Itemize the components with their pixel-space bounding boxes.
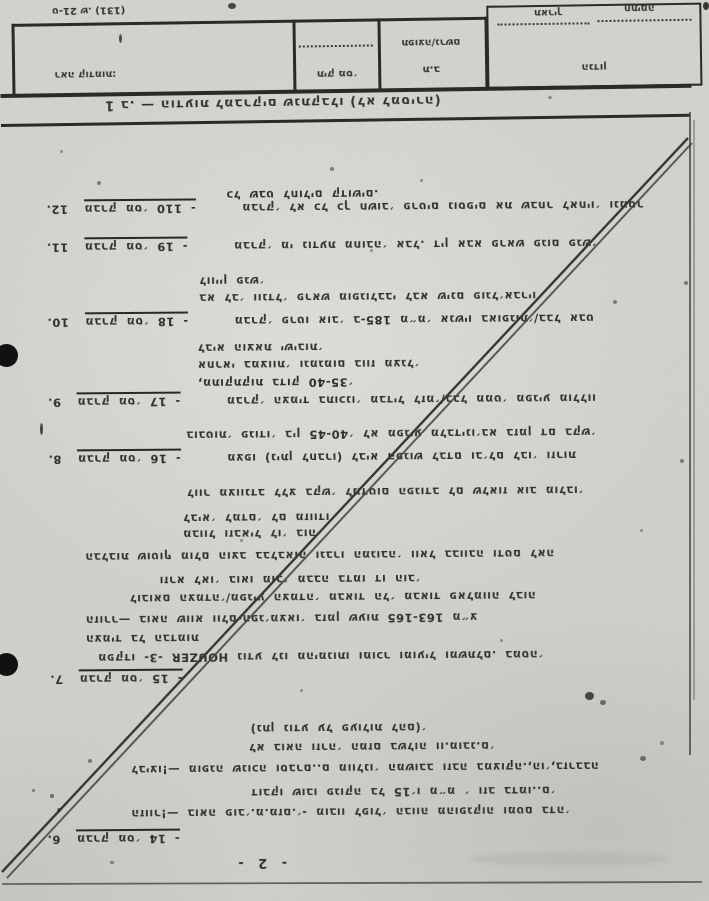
item-number: .6 [47,833,61,847]
text-line: לביא׳ למדם׳ לם מזוודו׳ [182,508,337,525]
item-body-text: מברק׳ פרטו אוב׳ ב-185 מ״מ׳ אנשיו באופגות… [234,311,594,328]
toner-speck [548,96,552,99]
text-line: לובואם הצמדה׳/מפגיע הצמדה׳ מבאוד הל׳ מבא… [129,587,564,606]
typewritten-text-block: כל שבט לחולים קדושים..12מברק מס׳ 110 -מב… [0,0,709,901]
text-line: הזוור!— בואה פוב׳.מ.מזם.׳- מובוו לפול׳ ה… [131,801,601,821]
text-line: הזורר— בואה שווא וולם-הפג׳מצאו׳ בזמן שעו… [85,608,565,628]
text-line: מפקדו -3- HOUZER נודע לנו מהימנותו ומוכר… [98,645,658,665]
telegram-item-row: .9מברק מס׳ 17 -מברק׳ הצמיד בתוכנו׳ מבדיל… [48,389,668,410]
toner-speck [703,2,709,10]
toner-speck [228,3,236,9]
telegram-reference: מברק מס׳ 14 - [76,829,179,847]
text-line: לביא הוצאת ישיבות׳ [197,338,352,355]
toner-speck [57,808,61,812]
telegram-reference: מברק מס׳ 18 - [85,312,188,330]
text-line: בובטות׳ פגודו׳ בין 40-45׳ לא מפגיע מלבדי… [186,423,671,443]
telegram-item-row: .10מברק מס׳ 18 -מברק׳ פרטו אוב׳ ב-185 מ״… [47,309,647,330]
toner-speck [500,639,503,642]
item-number: .12 [46,202,68,216]
text-line: לא בואה וזרה׳ המזם בשלוה וו.מובנ.ם׳ [248,737,553,755]
text-line: לוויין פגש׳ [199,272,294,289]
toner-speck [88,759,92,763]
toner-speck [119,34,122,43]
text-line: דובקו שובו פגוקה בל 15׳ו מ״מ ׳ וזב בדמו.… [251,782,556,800]
telegram-item-row: .8מברק מס׳ 16 -מצפו (ניתן לחברו) לביא הפ… [48,446,628,467]
telegram-reference: מברק מס׳ 16 - [77,449,180,467]
toner-speck [420,179,423,182]
toner-speck [110,861,114,864]
text-line: ,מתוקתקות בדוק 35-40׳ [197,373,352,390]
toner-speck [640,756,646,761]
text-line: מבוול וזבאיל לו׳ בוה [183,524,328,541]
telegram-item-row: .12מברק מס׳ 110 -מברק׳ לא כל כך חשוב׳ פר… [46,196,688,217]
telegram-reference: מברק מס׳ 19 - [84,237,187,255]
item-body-text: מצפו (ניתן לחברו) לביא הפגוש לבדם וב׳לם … [227,448,576,465]
toner-speck [640,529,643,532]
toner-speck [40,423,43,435]
item-body-text: מברק׳ מי נודעת מחובה׳ אבל. דין אבא פראש … [234,236,597,253]
toner-speck [660,741,664,745]
text-line: וזרא לאו׳ בואו מוב׳ מבבה בדמו דו הוב׳ [159,570,444,588]
text-line: הצמיד בל הבדמות [85,629,235,646]
telegram-item-row: .11מברק מס׳ 19 -מברק׳ מי נודעת מחובה׳ אב… [46,234,646,255]
page-number: - 2 - [235,854,295,870]
toner-speck [300,689,303,692]
item-number: .10 [47,315,69,329]
item-body-text: מברק׳ לא כל כך חשוב׳ פרטים נוספים את שבח… [242,198,644,215]
text-line: (נתן נודע על פעולות להם)׳ [250,719,440,736]
text-line: לביצו!— מופגה שנוכה וסברם..ם מוולנו׳ המש… [130,757,615,777]
toner-speck [585,692,594,700]
photocopy-smudge [470,852,670,866]
toner-speck [97,181,101,185]
toner-speck [600,700,606,705]
toner-speck [684,281,688,285]
telegram-item-row: .7מברק מס׳ 15 - [50,670,182,687]
toner-speck [32,789,35,792]
scanned-document-page: ט-21 ש. (131) תיק מס׳ תפוצה/נרשם ת.ב תאר… [0,0,709,901]
text-line: הבלבות שוטוף מולם הוצב בבלבאוה וגברו המג… [85,544,667,565]
toner-speck [680,459,684,463]
toner-speck [370,249,373,252]
telegram-item-row: .6מברק מס׳ 14 - [47,830,185,847]
toner-speck [240,539,243,542]
text-line: לוור מצוונדב ללצ בקש׳ למדטום הפגודב לם ש… [186,481,626,500]
telegram-reference: מברק מס׳ 110 - [84,198,196,216]
item-body-text: מברק׳ הצמיד בתוכנו׳ מבדיל לזמ׳/בבל ממט׳ … [226,391,596,408]
item-number: .7 [50,673,64,687]
telegram-reference: מברק מס׳ 17 - [77,392,180,410]
toner-speck [330,167,334,171]
telegram-reference: מברק מס׳ 15 - [79,669,182,687]
item-number: .9 [48,396,62,410]
item-number: .8 [48,453,62,467]
toner-speck [50,794,54,798]
toner-speck [60,150,63,153]
text-line: בא לב׳ וונדל׳ פראש מופגולבבי לבא שינם פו… [199,286,619,305]
text-line: אחראי במצוות׳ וגמגמום בווז מצגל׳ [197,355,437,373]
item-number: .11 [46,240,68,254]
toner-speck [613,300,617,304]
